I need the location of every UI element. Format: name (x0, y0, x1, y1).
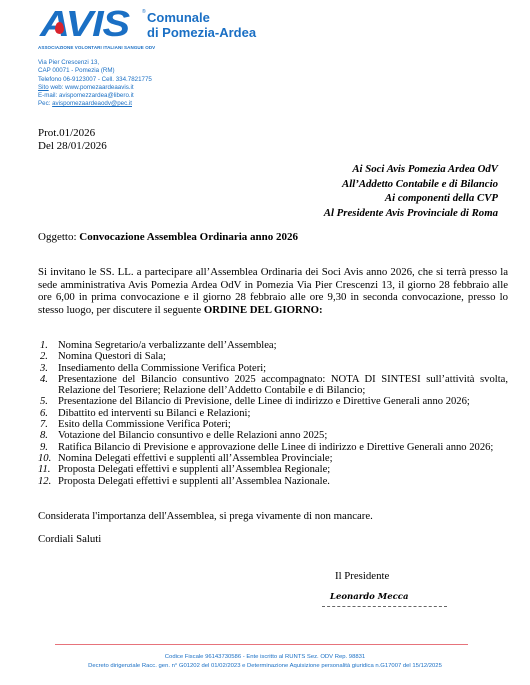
agenda-text: Votazione del Bilancio consuntivo e dell… (58, 430, 508, 441)
agenda-item: 3.Insediamento della Commissione Verific… (38, 363, 508, 374)
intro-paragraph: Si invitano le SS. LL. a partecipare all… (38, 266, 508, 316)
agenda-number: 5. (38, 396, 58, 407)
agenda-text: Nomina Questori di Sala; (58, 351, 508, 362)
footer-line2: Decreto dirigenziale Racc. gen. n° G0120… (0, 662, 530, 671)
contact-text: Telefono 06-9123007 - Cell. 334.7821775 (38, 76, 152, 83)
greeting: Cordiali Saluti (38, 533, 101, 545)
logo-wordmark: AVIS (40, 8, 129, 40)
agenda-item: 7.Esito della Commissione Verifica Poter… (38, 419, 508, 430)
recipient: Ai componenti della CVP (324, 191, 498, 206)
protocol-block: Prot.01/2026 Del 28/01/2026 (38, 127, 107, 153)
recipients-block: Ai Soci Avis Pomezia Ardea OdV All’Addet… (324, 162, 498, 220)
organization-name: Comunale di Pomezia-Ardea (147, 10, 256, 40)
agenda-number: 11. (38, 464, 58, 475)
blood-drop-icon (55, 22, 64, 34)
contact-text: CAP 00071 - Pomezia (RM) (38, 67, 115, 74)
agenda-item: 8.Votazione del Bilancio consuntivo e de… (38, 430, 508, 441)
signature-line (322, 606, 447, 607)
agenda-item: 9.Ratifica Bilancio di Previsione e appr… (38, 442, 508, 453)
recipient: Al Presidente Avis Provinciale di Roma (324, 206, 498, 221)
contact-address: Via Pier Crescenzi 13, (38, 59, 152, 67)
org-name-line2: di Pomezia-Ardea (147, 25, 256, 40)
subject-label: Oggetto: (38, 231, 77, 243)
protocol-date: Del 28/01/2026 (38, 140, 107, 153)
agenda-text: Ratifica Bilancio di Previsione e approv… (58, 442, 508, 453)
closing-sentence: Considerata l'importanza dell'Assemblea,… (38, 510, 373, 522)
website-label: Sito (38, 84, 49, 91)
agenda-item: 11.Proposta Delegati effettivi e supplen… (38, 464, 508, 475)
pec-label: Pec: (38, 100, 52, 107)
agenda-text: Dibattito ed interventi su Bilanci e Rel… (58, 408, 508, 419)
registered-mark: ® (142, 9, 146, 15)
agenda-number: 7. (38, 419, 58, 430)
agenda-item: 2.Nomina Questori di Sala; (38, 351, 508, 362)
agenda-item: 6.Dibattito ed interventi su Bilanci e R… (38, 408, 508, 419)
contact-email[interactable]: E-mail: avispomezzardea@libero.it (38, 92, 152, 100)
agenda-text: Proposta Delegati effettivi e supplenti … (58, 476, 508, 487)
contact-phone: Telefono 06-9123007 - Cell. 334.7821775 (38, 76, 152, 84)
recipient: All’Addetto Contabile e di Bilancio (324, 177, 498, 192)
agenda-number: 9. (38, 442, 58, 453)
agenda-list: 1.Nomina Segretario/a verbalizzante dell… (38, 340, 508, 487)
agenda-item: 5.Presentazione del Bilancio di Previsio… (38, 396, 508, 407)
subject-line: Oggetto: Convocazione Assemblea Ordinari… (38, 231, 298, 243)
agenda-text: Nomina Segretario/a verbalizzante dell’A… (58, 340, 508, 351)
agenda-item: 1.Nomina Segretario/a verbalizzante dell… (38, 340, 508, 351)
org-name-line1: Comunale (147, 10, 256, 25)
recipient: Ai Soci Avis Pomezia Ardea OdV (324, 162, 498, 177)
agenda-number: 2. (38, 351, 58, 362)
signature: Leonardo Mecca (330, 592, 408, 602)
email-link[interactable]: E-mail: avispomezzardea@libero.it (38, 92, 134, 99)
protocol-number: Prot.01/2026 (38, 127, 107, 140)
website-link[interactable]: web: www.pomezaardeaavis.it (49, 84, 134, 91)
agenda-text: Presentazione del Bilancio di Previsione… (58, 396, 508, 407)
contact-text: Via Pier Crescenzi 13, (38, 59, 99, 66)
agenda-item: 10.Nomina Delegati effettivi e supplenti… (38, 453, 508, 464)
agenda-text: Esito della Commissione Verifica Poteri; (58, 419, 508, 430)
footer: Codice Fiscale 96143730586 - Ente iscrit… (0, 653, 530, 671)
agenda-text: Nomina Delegati effettivi e supplenti al… (58, 453, 508, 464)
contact-block: Via Pier Crescenzi 13, CAP 00071 - Pomez… (38, 59, 152, 109)
agenda-number: 3. (38, 363, 58, 374)
contact-website[interactable]: Sito web: www.pomezaardeaavis.it (38, 84, 152, 92)
agenda-number: 4. (38, 374, 58, 397)
footer-line1: Codice Fiscale 96143730586 - Ente iscrit… (0, 653, 530, 662)
pec-link[interactable]: avispomezaardeaodv@pec.it (52, 100, 132, 107)
agenda-item: 4.Presentazione del Bilancio consuntivo … (38, 374, 508, 397)
contact-cap: CAP 00071 - Pomezia (RM) (38, 67, 152, 75)
agenda-heading: ORDINE DEL GIORNO: (204, 304, 323, 316)
agenda-number: 6. (38, 408, 58, 419)
subject-text: Convocazione Assemblea Ordinaria anno 20… (79, 231, 298, 243)
signatory-title: Il Presidente (335, 570, 389, 582)
agenda-text: Proposta Delegati effettivi e supplenti … (58, 464, 508, 475)
agenda-item: 12.Proposta Delegati effettivi e supplen… (38, 476, 508, 487)
agenda-number: 12. (38, 476, 58, 487)
contact-pec[interactable]: Pec: avispomezaardeaodv@pec.it (38, 100, 152, 108)
agenda-number: 10. (38, 453, 58, 464)
footer-divider (55, 644, 468, 645)
agenda-number: 8. (38, 430, 58, 441)
agenda-text: Insediamento della Commissione Verifica … (58, 363, 508, 374)
avis-logo: AVIS (40, 8, 140, 40)
association-tagline: ASSOCIAZIONE VOLONTARI ITALIANI SANGUE O… (38, 45, 155, 50)
agenda-text: Presentazione del Bilancio consuntivo 20… (58, 374, 508, 397)
letterhead: AVIS ® Comunale di Pomezia-Ardea ASSOCIA… (0, 0, 530, 115)
agenda-number: 1. (38, 340, 58, 351)
